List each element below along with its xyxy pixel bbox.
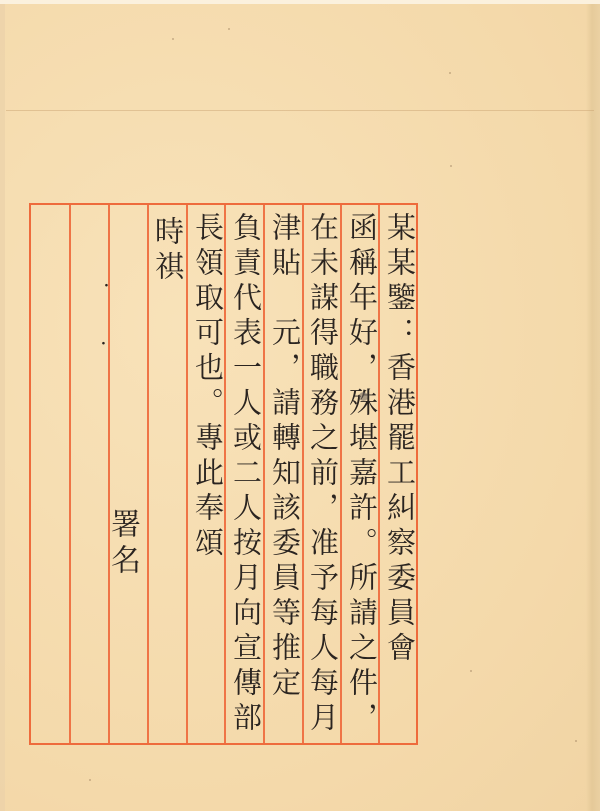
fold-crease [6, 110, 594, 111]
letter-column-3: 在未謀得職務之前，准予每人每月 [305, 212, 341, 737]
paper-speck [449, 72, 451, 74]
letter-column-6: 長領取可也。專此奉頌 [190, 212, 226, 562]
ellipsis-mark: · [101, 336, 106, 352]
column-rule [69, 205, 71, 743]
paper-speck [89, 779, 91, 781]
column-rule [186, 205, 188, 743]
paper-speck [575, 740, 577, 742]
column-rule [147, 205, 149, 743]
letter-column-1: 某某鑒：香港罷工糾察委員會 [382, 212, 418, 667]
paper-speck [450, 165, 452, 167]
paper-left-edge [0, 0, 5, 811]
letter-column-5: 負責代表一人或二人按月向宣傳部 [228, 212, 264, 737]
letter-column-4: 津貼 元，請轉知該委員等推定 [267, 212, 303, 702]
signature-placeholder: 署名 [104, 508, 140, 580]
paper-top-edge [0, 0, 600, 4]
ink-smudge [359, 392, 368, 401]
ellipsis-mark: · [104, 278, 109, 294]
closing-phrase: 時祺 [150, 216, 186, 286]
paper-speck [172, 38, 174, 40]
paper-speck [228, 28, 230, 30]
letter-column-2: 函稱年好，殊堪嘉許。所請之件， [344, 212, 380, 737]
paper-speck [470, 670, 472, 672]
